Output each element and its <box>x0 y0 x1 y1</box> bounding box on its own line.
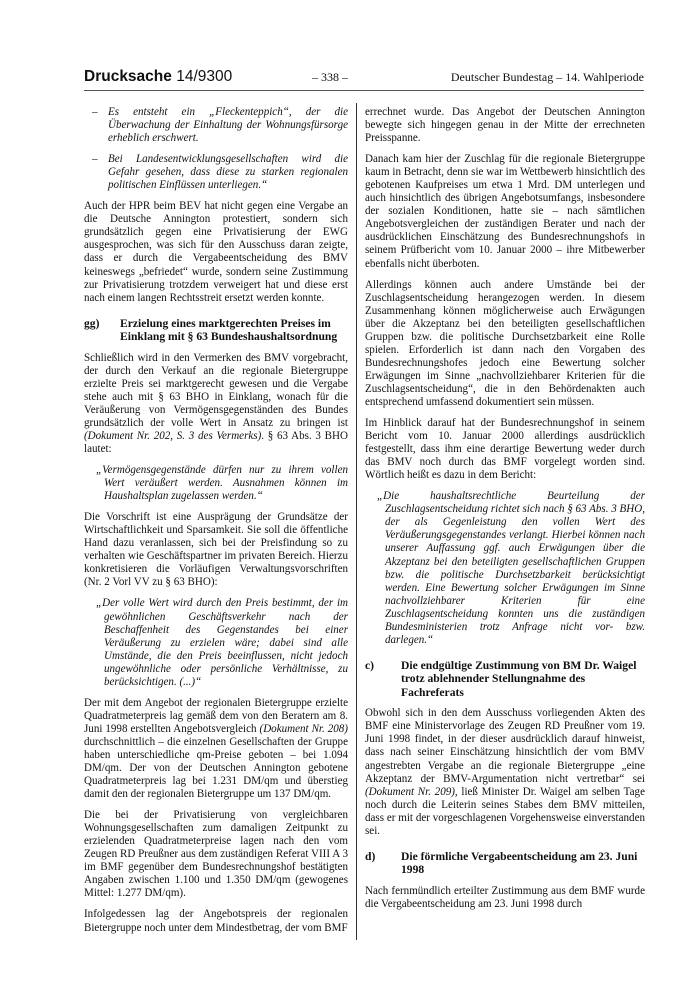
page-header: Drucksache 14/9300 – 338 – Deutscher Bun… <box>84 68 644 91</box>
paragraph: Infolgedessen lag der Angebotspreis der … <box>84 908 348 934</box>
left-column: – Es entsteht ein „Fleckenteppich“, der … <box>84 106 348 943</box>
doc-label: Drucksache <box>84 68 172 85</box>
document-reference: (Dokument Nr. 202, S. 3 des Vermerks) <box>84 430 261 442</box>
section-title: Erzielung eines marktgerechten Preises i… <box>120 317 348 344</box>
block-quote: „Vermögensgegenstände dürfen nur zu ihre… <box>90 464 348 503</box>
paragraph: Schließlich wird in den Vermerken des BM… <box>84 352 348 456</box>
section-title: Die endgültige Zustimmung von BM Dr. Wai… <box>401 659 645 700</box>
dash-bullet-icon: – <box>92 106 98 119</box>
block-quote: „Der volle Wert wird durch den Preis bes… <box>90 597 348 688</box>
text: Obwohl sich in den dem Ausschuss vorlieg… <box>365 707 645 784</box>
section-heading-gg: gg) Erzielung eines marktgerechten Preis… <box>84 317 348 344</box>
section-heading-d: d) Die förmliche Vergabeentscheidung am … <box>365 850 645 877</box>
paragraph: Die Vorschrift ist eine Ausprägung der G… <box>84 511 348 589</box>
paragraph: Obwohl sich in den dem Ausschuss vorlieg… <box>365 707 645 837</box>
bullet-text: Es entsteht ein „Fleckenteppich“, der di… <box>108 106 348 144</box>
dash-bullet-icon: – <box>92 153 98 166</box>
document-reference: (Dokument Nr. 209) <box>365 786 455 798</box>
bullet-item: – Bei Landesentwicklungsgesellschaften w… <box>84 153 348 192</box>
paragraph: Die bei der Privatisierung von vergleich… <box>84 809 348 900</box>
paragraph: Danach kam hier der Zuschlag für die reg… <box>365 153 645 270</box>
section-label: c) <box>365 659 401 700</box>
page-number: – 338 – <box>312 70 348 85</box>
right-column: errechnet wurde. Das Angebot der Deutsch… <box>365 106 645 919</box>
paragraph: Im Hinblick darauf hat der Bundesrechnun… <box>365 417 645 482</box>
document-reference: (Dokument Nr. 208) <box>260 723 348 735</box>
section-heading-c: c) Die endgültige Zustimmung von BM Dr. … <box>365 659 645 700</box>
text: durchschnittlich – die einzelnen Gesells… <box>84 736 348 800</box>
paragraph: Nach fernmündlich erteilter Zustimmung a… <box>365 885 645 911</box>
section-title: Die förmliche Vergabeentscheidung am 23.… <box>401 850 645 877</box>
paragraph: errechnet wurde. Das Angebot der Deutsch… <box>365 106 645 145</box>
section-label: gg) <box>84 317 120 344</box>
bullet-item: – Es entsteht ein „Fleckenteppich“, der … <box>84 106 348 145</box>
document-number: Drucksache 14/9300 <box>84 68 232 86</box>
paragraph: Auch der HPR beim BEV hat nicht gegen ei… <box>84 200 348 304</box>
text: Schließlich wird in den Vermerken des BM… <box>84 352 348 429</box>
bullet-text: Bei Landesentwicklungsgesellschaften wir… <box>108 153 348 191</box>
section-label: d) <box>365 850 401 877</box>
doc-number: 14/9300 <box>176 68 232 85</box>
block-quote: „Die haushaltsrechtliche Beurteilung der… <box>371 490 645 647</box>
paragraph: Der mit dem Angebot der regionalen Biete… <box>84 697 348 801</box>
paragraph: Allerdings können auch andere Umstände b… <box>365 279 645 409</box>
publisher: Deutscher Bundestag – 14. Wahlperiode <box>451 70 644 85</box>
column-divider <box>356 103 357 940</box>
